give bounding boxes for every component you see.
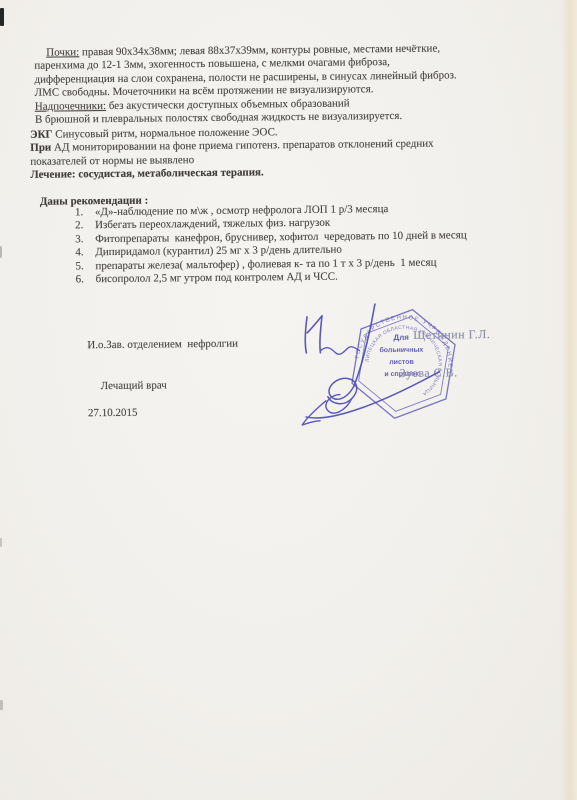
adrenals-label: Надпочечники: (35, 100, 106, 113)
ecg-text: Синусовый ритм, нормальное положение ЭОС… (52, 126, 277, 140)
item-number: 1. (75, 206, 95, 220)
scan-artifact (0, 8, 4, 26)
document-date: 27.10.2015 (88, 407, 138, 420)
item-number: 5. (75, 260, 95, 274)
item-number: 4. (75, 246, 95, 260)
item-number: 6. (76, 273, 96, 287)
scan-artifact (0, 246, 2, 258)
scan-edge-shadow (561, 0, 577, 800)
bp-label: При (30, 142, 51, 154)
item-number: 3. (75, 233, 95, 247)
recommendations-list: 1.«Д»-наблюдение по м\ж , осмотр нефроло… (30, 202, 467, 287)
treatment-line: Лечение: сосудистая, метаболическая тера… (30, 165, 434, 183)
position-attending-physician: Лечащий врач (101, 379, 167, 392)
item-text: бисопролол 2,5 мг утром под контролем АД… (96, 271, 338, 287)
scanned-document-page: Почки: правая 90х34х38мм; левая 88х37х39… (0, 0, 577, 800)
adrenals-text: без акустически доступных объемных образ… (106, 97, 350, 112)
ultrasound-findings: Почки: правая 90х34х38мм; левая 88х37х39… (34, 42, 457, 127)
scan-artifact (0, 700, 3, 710)
kidneys-label: Почки: (46, 46, 79, 58)
scan-artifact (0, 538, 2, 547)
item-number: 2. (75, 220, 95, 234)
ecg-treatment-block: ЭКГ Синусовый ритм, нормальное положение… (30, 125, 434, 183)
position-head-of-department: И.о.Зав. отделением нефролгии (87, 338, 238, 352)
ecg-label: ЭКГ (30, 129, 53, 141)
handwritten-signature (289, 291, 455, 433)
